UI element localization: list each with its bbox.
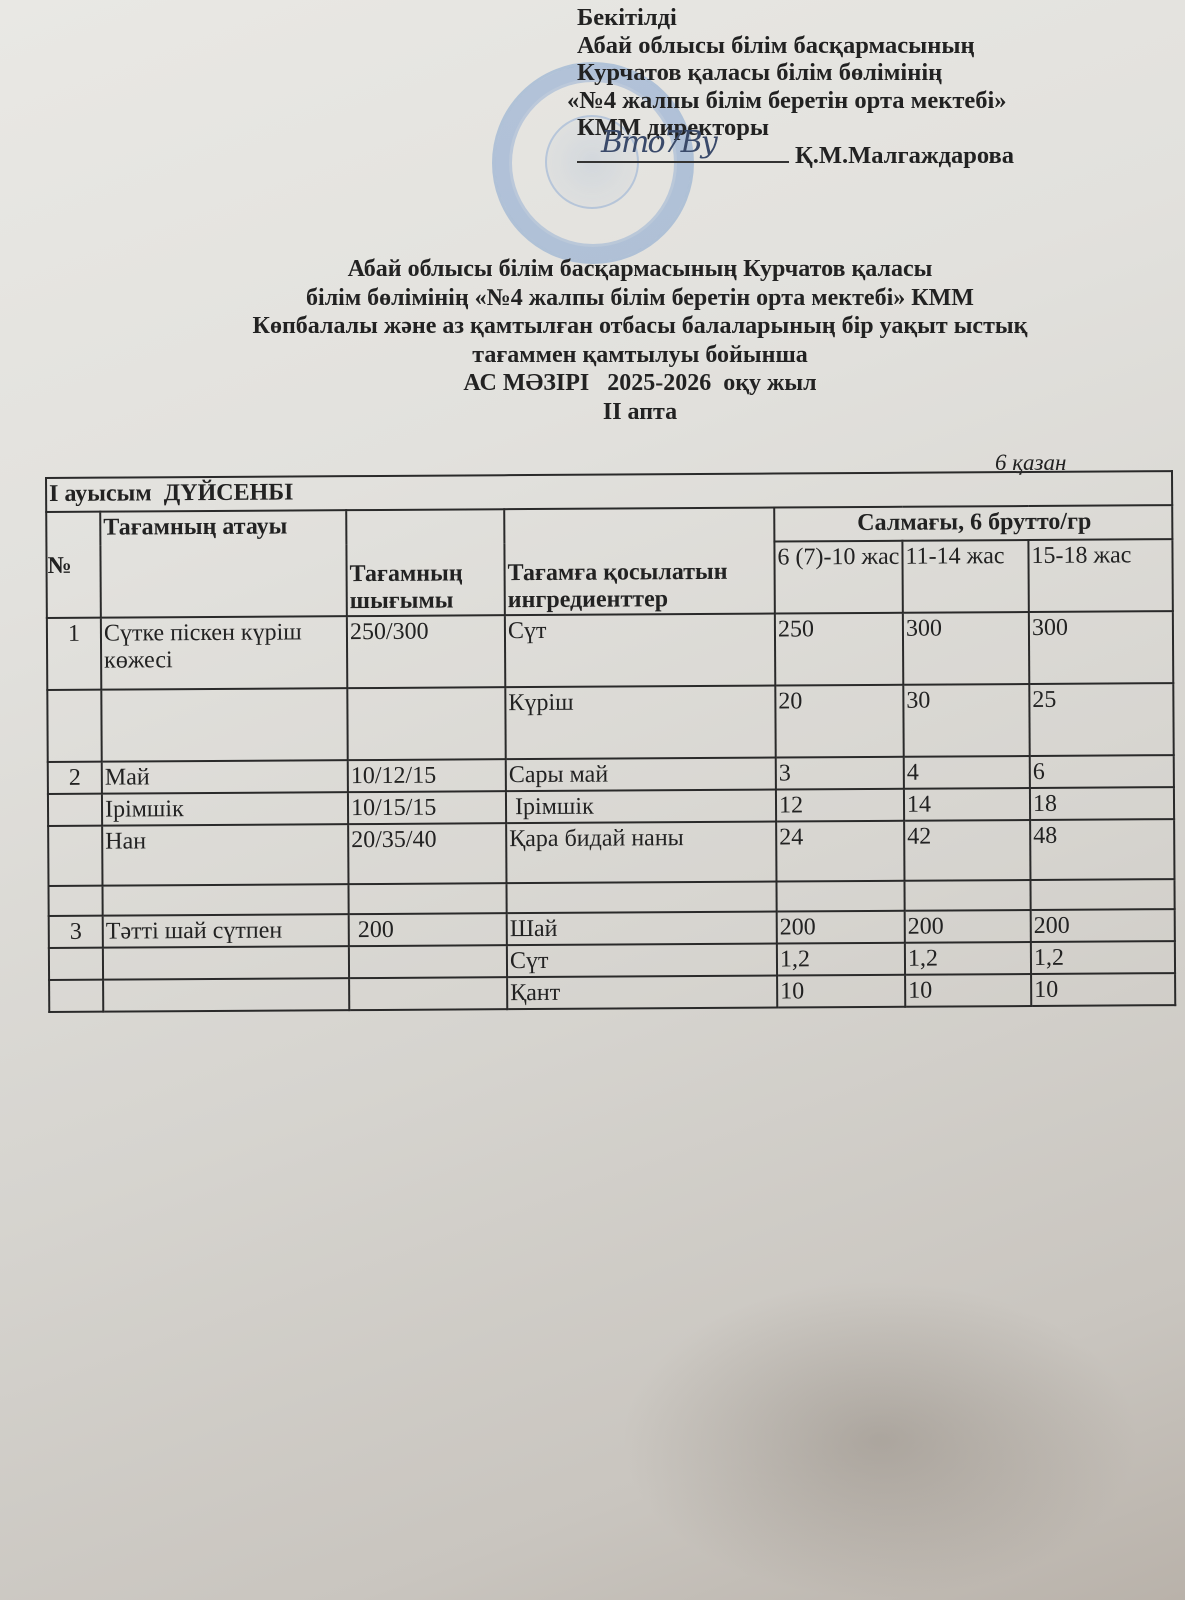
cell-weight-11-14 [904,880,1030,911]
document-title: Абай облысы білім басқармасының Курчатов… [150,255,1130,426]
cell-ingredient: Қант [507,976,777,1010]
cell-weight-15-18: 48 [1030,819,1174,880]
cell-yield [348,883,506,914]
cell-weight-11-14: 200 [905,910,1031,943]
header-dish-name: Тағамның атауы [100,510,347,618]
approval-line: Бекітілді [577,4,1014,32]
cell-ingredient: Қара бидай наны [506,822,776,884]
cell-ingredient [506,882,776,914]
title-line: Абай облысы білім басқармасының Курчатов… [150,255,1130,284]
cell-weight-15-18: 300 [1029,611,1173,684]
cell-dish-name [101,688,347,762]
cell-weight-11-14: 10 [905,974,1031,1007]
header-age-11-14: 11-14 жас [902,540,1028,613]
cell-no [47,690,101,762]
cell-ingredient: Сүт [505,614,775,688]
cell-no [48,826,102,886]
table-row: Нан20/35/40Қара бидай наны244248 [48,819,1174,886]
approval-block: Бекітілді Абай облысы білім басқармасыны… [577,4,1014,169]
approval-line: «№4 жалпы білім беретін орта мектебі» [567,87,1014,115]
title-line: АС МӘЗІРІ 2025-2026 оқу жыл [150,369,1130,398]
cell-weight-15-18: 200 [1031,909,1175,942]
cell-yield [349,945,507,978]
title-line: ІІ апта [150,398,1130,427]
menu-table-body: 1Сүтке піскен күріш көжесі250/300Сүт2503… [47,611,1175,1012]
table-row: 1Сүтке піскен күріш көжесі250/300Сүт2503… [47,611,1173,690]
cell-ingredient: Ірімшік [506,790,776,824]
cell-dish-name: Сүтке піскен күріш көжесі [101,616,347,690]
header-yield: Тағамның шығымы [346,509,505,616]
cell-ingredient: Сары май [506,758,776,792]
cell-weight-11-14: 30 [903,684,1029,757]
cell-no [48,794,102,826]
title-line: тағаммен қамтылуы бойынша [150,341,1130,370]
cell-dish-name: Май [102,760,348,794]
signature: Bmo7By [601,129,716,157]
cell-weight-6-10: 1,2 [777,943,905,976]
cell-yield: 20/35/40 [348,823,506,884]
title-line: Көпбалалы және аз қамтылған отбасы балал… [150,312,1130,341]
cell-no [49,980,103,1012]
cell-dish-name [103,946,349,980]
cell-ingredient: Шай [507,912,777,946]
cell-no: 2 [48,762,102,794]
cell-dish-name [103,978,349,1012]
cell-weight-6-10: 20 [775,685,903,758]
signatory-name: Қ.М.Малгаждарова [795,142,1014,169]
cell-weight-11-14: 14 [904,788,1030,821]
header-age-15-18: 15-18 жас [1028,539,1172,612]
cell-yield: 10/12/15 [348,759,506,792]
cell-weight-11-14: 42 [904,820,1030,881]
menu-table: І ауысым ДҮЙСЕНБІ № Тағамның атауы Тағам… [45,470,1176,1013]
cell-weight-11-14: 300 [903,612,1029,685]
cell-no: 3 [49,916,103,948]
title-line: білім бөлімінің «№4 жалпы білім беретін … [150,284,1130,313]
cell-yield [347,687,505,760]
cell-no [49,948,103,980]
header-no: № [46,512,101,618]
header-weight-group: Салмағы, 6 брутто/гр [774,505,1172,541]
cell-dish-name: Нан [102,824,348,886]
cell-dish-name: Ірімшік [102,792,348,826]
cell-yield: 200 [349,913,507,946]
cell-no: 1 [47,618,101,690]
cell-weight-15-18: 10 [1031,973,1175,1006]
cell-weight-6-10: 10 [777,975,905,1008]
cell-ingredient: Сүт [507,944,777,978]
header-ingredients: Тағамға қосылатын ингредиенттер [504,508,775,616]
cell-dish-name: Тәтті шай сүтпен [103,914,349,948]
table-row: Күріш203025 [47,683,1173,762]
cell-weight-15-18: 18 [1030,787,1174,820]
cell-weight-6-10: 12 [776,789,904,822]
cell-weight-6-10: 3 [776,757,904,790]
cell-yield: 250/300 [347,615,505,688]
signature-line: Bmo7By [577,143,789,163]
cell-weight-6-10 [776,881,904,912]
cell-weight-15-18 [1030,879,1174,910]
signature-row: Bmo7By Қ.М.Малгаждарова [577,142,1014,170]
approval-line: Абай облысы білім басқармасының [577,32,1014,60]
cell-no [48,886,102,916]
cell-weight-6-10: 200 [777,911,905,944]
cell-weight-15-18: 25 [1029,683,1173,756]
cell-weight-11-14: 4 [904,756,1030,789]
table-row: Қант101010 [49,973,1175,1012]
cell-yield: 10/15/15 [348,791,506,824]
cell-weight-15-18: 1,2 [1031,941,1175,974]
cell-weight-6-10: 250 [775,613,903,686]
cell-dish-name [102,884,348,916]
photo-shadow [620,1280,1140,1600]
cell-weight-11-14: 1,2 [905,942,1031,975]
cell-weight-15-18: 6 [1030,755,1174,788]
cell-weight-6-10: 24 [776,821,904,882]
cell-yield [349,977,507,1010]
header-age-6-10: 6 (7)-10 жас [774,541,902,614]
approval-line: Курчатов қаласы білім бөлімінің [577,59,1014,87]
cell-ingredient: Күріш [505,686,775,760]
